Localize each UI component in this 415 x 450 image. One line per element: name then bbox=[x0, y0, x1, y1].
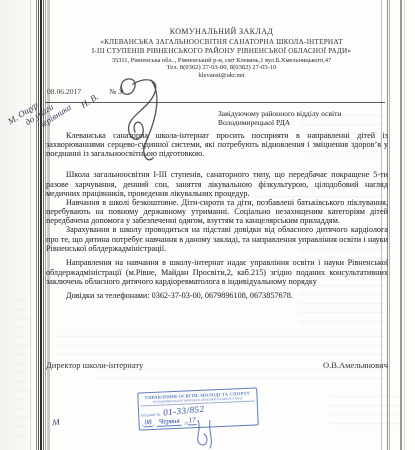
stamp-date-day-handwritten: 08 bbox=[143, 418, 152, 427]
number-handwritten: 3 bbox=[118, 87, 122, 96]
bleedthrough-noise bbox=[55, 336, 385, 358]
bleedthrough-noise bbox=[330, 396, 402, 424]
scan-streak bbox=[30, 0, 31, 450]
signer-title: Директор школи-інтернату bbox=[46, 360, 143, 370]
scan-streak bbox=[38, 0, 39, 450]
bleedthrough-noise bbox=[12, 300, 28, 440]
letter-body: Клеванська санаторна школа-інтернат прос… bbox=[46, 131, 388, 301]
paragraph-2: Школа загальноосвітня І-ІІІ ступенів, са… bbox=[46, 170, 388, 197]
scan-streak bbox=[36, 0, 37, 450]
org-name-line1: «КЛЕВАНСЬКА ЗАГАЛЬНООСВІТНЯ САНАТОРНА ШК… bbox=[52, 38, 391, 46]
recipient-line1: Завідуючому районного відділу освіти bbox=[218, 109, 341, 118]
scan-streak bbox=[40, 0, 42, 450]
signature-row: Директор школи-інтернату О.В.Амельянович bbox=[46, 360, 388, 370]
recipient-line2: Володимирецької РДА bbox=[218, 118, 341, 127]
handwritten-check-mark: м bbox=[51, 414, 61, 430]
scan-streak bbox=[43, 0, 44, 450]
paragraph-4: Зарахування в школу проводиться на підст… bbox=[46, 225, 388, 252]
recipient-block: Завідуючому районного відділу освіти Вол… bbox=[218, 109, 341, 127]
stamp-quote-close: » bbox=[153, 422, 155, 427]
stamp-reg-label: Вхідний № bbox=[141, 412, 160, 418]
scan-streak bbox=[404, 0, 405, 450]
org-type: КОМУНАЛЬНИЙ ЗАКЛАД bbox=[52, 27, 391, 36]
paragraph-3: Навчання в школі безкоштовне. Діти-сирот… bbox=[46, 198, 388, 225]
signer-name: О.В.Амельянович bbox=[323, 360, 388, 370]
stamp-date-month-handwritten: Червня bbox=[156, 417, 182, 427]
paragraph-5: Направлення на навчання в школу-інтернат… bbox=[46, 258, 388, 285]
bleedthrough-noise bbox=[95, 369, 385, 387]
scanned-letter-page: КОМУНАЛЬНИЙ ЗАКЛАД «КЛЕВАНСЬКА ЗАГАЛЬНОО… bbox=[0, 0, 415, 450]
scan-streak bbox=[400, 0, 402, 450]
paragraph-phones: Довідки за телефонами: 0362-37-03-00, 06… bbox=[46, 291, 388, 300]
paragraph-1: Клеванська санаторна школа-інтернат прос… bbox=[46, 131, 388, 158]
registration-stamp: УПРАВЛІННЯ ОСВІТИ, МОЛОДІ ТА СПОРТУ ВОЛО… bbox=[137, 387, 259, 430]
stamp-date-year-handwritten: 17 bbox=[188, 416, 197, 425]
